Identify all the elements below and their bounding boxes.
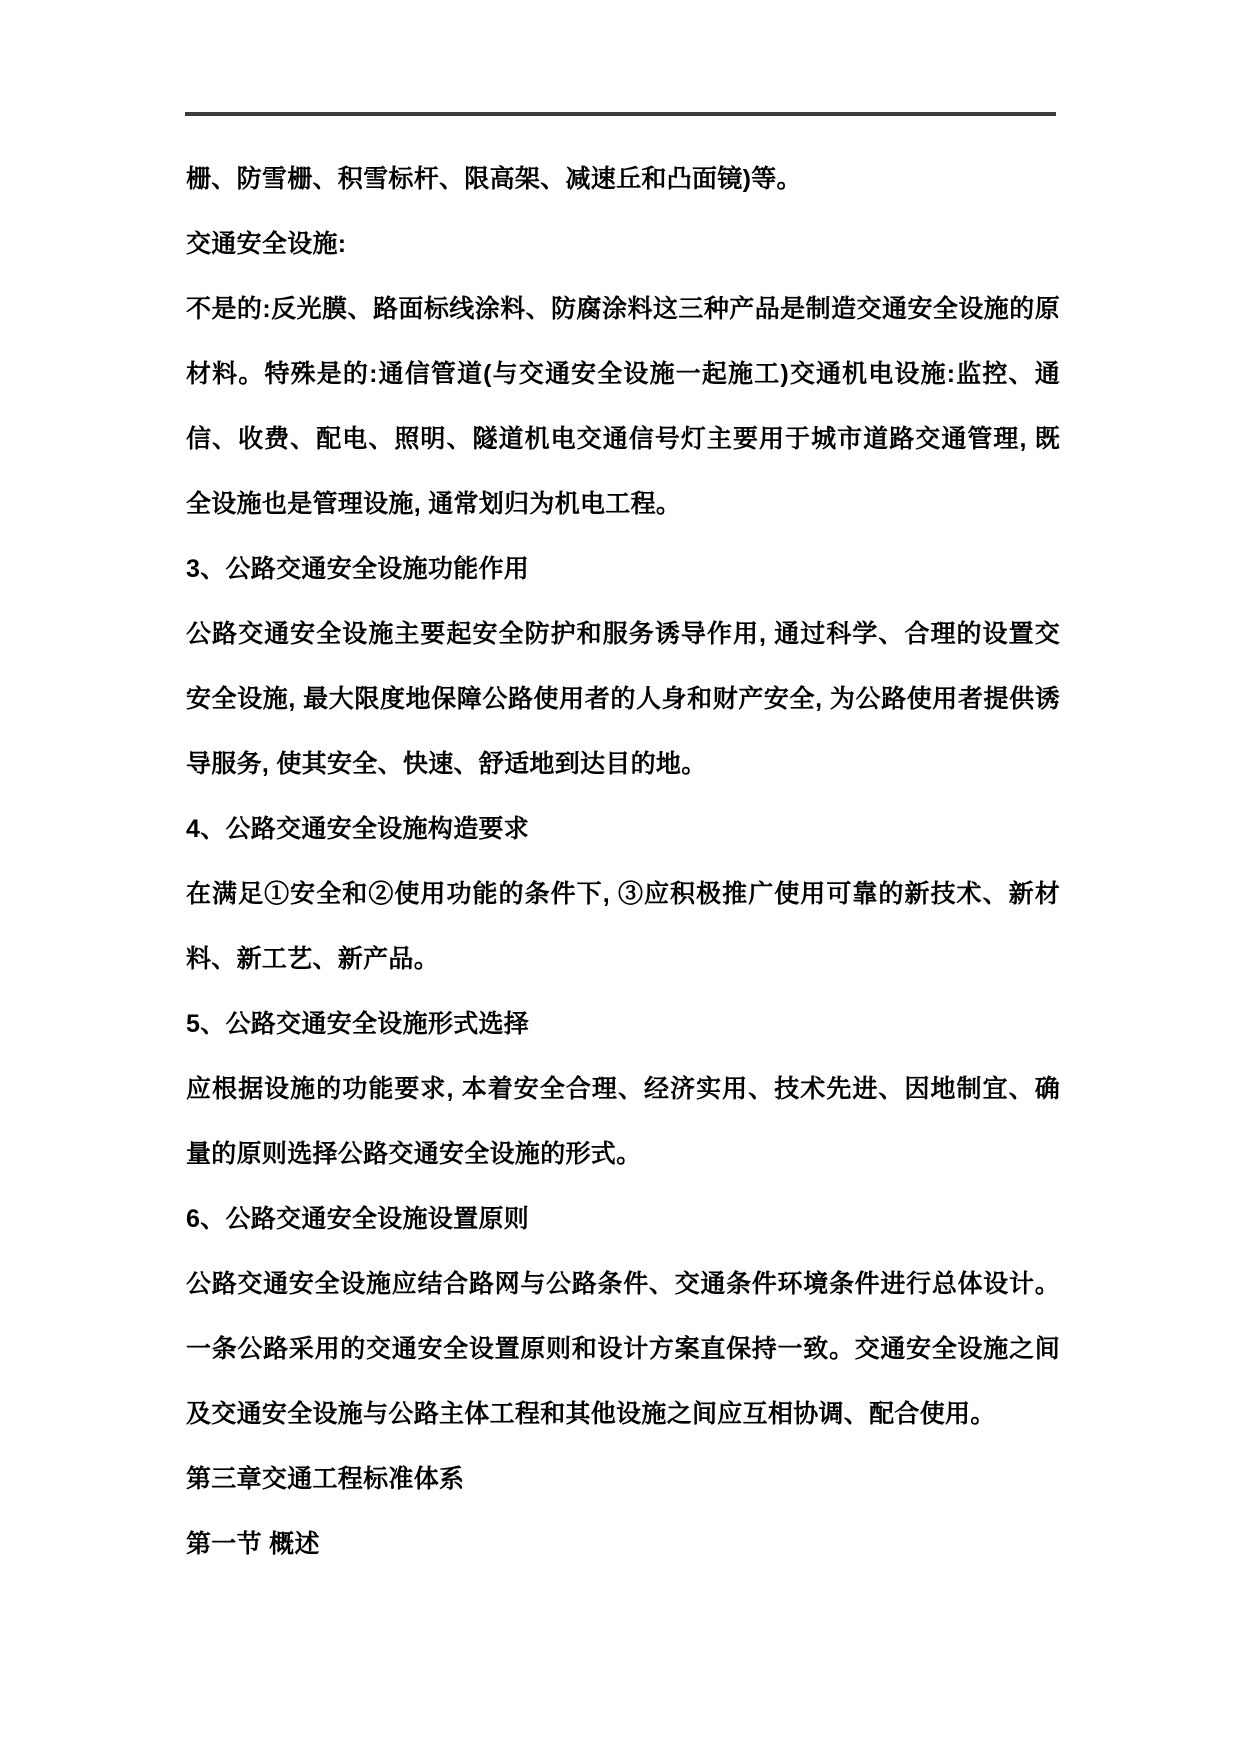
chapter-heading-line: 第三章交通工程标准体系 <box>186 1447 1060 1512</box>
text-line: 材料。特殊是的:通信管道(与交通安全设施一起施工)交通机电设施:监控、通 <box>186 342 1060 407</box>
text-line: 安全设施, 最大限度地保障公路使用者的人身和财产安全, 为公路使用者提供诱 <box>186 667 1060 732</box>
text-line: 公路交通安全设施主要起安全防护和服务诱导作用, 通过科学、合理的设置交通 <box>186 602 1060 667</box>
heading-line: 3、公路交通安全设施功能作用 <box>186 537 1060 602</box>
text-line: 应根据设施的功能要求, 本着安全合理、经济实用、技术先进、因地制宜、确保质 <box>186 1057 1060 1122</box>
text-line: 一条公路采用的交通安全设置原则和设计方案直保持一致。交通安全设施之间 <box>186 1317 1060 1382</box>
text-line: 量的原则选择公路交通安全设施的形式。 <box>186 1122 1060 1187</box>
text-line: 及交通安全设施与公路主体工程和其他设施之间应互相协调、配合使用。 <box>186 1382 1060 1447</box>
section-heading-line: 第一节 概述 <box>186 1512 1060 1577</box>
heading-line: 4、公路交通安全设施构造要求 <box>186 797 1060 862</box>
heading-line: 6、公路交通安全设施设置原则 <box>186 1187 1060 1252</box>
header-rule <box>185 112 1056 116</box>
text-line: 全设施也是管理设施, 通常划归为机电工程。 <box>186 472 1060 537</box>
text-line: 栅、防雪栅、积雪标杆、限高架、减速丘和凸面镜)等。 <box>186 147 1060 212</box>
text-line: 料、新工艺、新产品。 <box>186 927 1060 992</box>
document-page: 栅、防雪栅、积雪标杆、限高架、减速丘和凸面镜)等。 交通安全设施: 不是的:反光… <box>0 0 1240 1753</box>
text-line: 在满足①安全和②使用功能的条件下, ③应积极推广使用可靠的新技术、新材 <box>186 862 1060 927</box>
text-line: 公路交通安全设施应结合路网与公路条件、交通条件环境条件进行总体设计。同 <box>186 1252 1060 1317</box>
text-line: 不是的:反光膜、路面标线涂料、防腐涂料这三种产品是制造交通安全设施的原 <box>186 277 1060 342</box>
text-line: 导服务, 使其安全、快速、舒适地到达目的地。 <box>186 732 1060 797</box>
text-line: 信、收费、配电、照明、隧道机电交通信号灯主要用于城市道路交通管理, 既是安 <box>186 407 1060 472</box>
document-body: 栅、防雪栅、积雪标杆、限高架、减速丘和凸面镜)等。 交通安全设施: 不是的:反光… <box>186 147 1060 1577</box>
text-line: 交通安全设施: <box>186 212 1060 277</box>
heading-line: 5、公路交通安全设施形式选择 <box>186 992 1060 1057</box>
